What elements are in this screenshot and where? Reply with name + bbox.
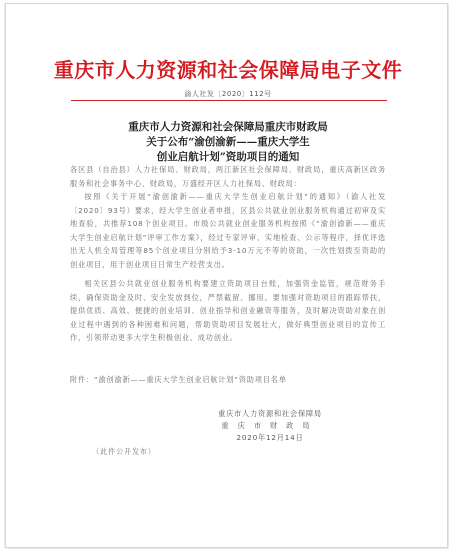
signature-org-2: 重庆市财政局 — [200, 420, 340, 432]
signature-block: 重庆市人力资源和社会保障局 重庆市财政局 2020年12月14日 — [200, 408, 340, 444]
attachment-line: 附件：“渝创渝新——重庆大学生创业启航计划”资助项目名单 — [70, 375, 386, 385]
signature-org-1: 重庆市人力资源和社会保障局 — [200, 408, 340, 420]
document-page-frame — [5, 3, 448, 548]
publish-note: （此件公开发布） — [92, 447, 156, 457]
document-header-title: 重庆市人力资源和社会保障局电子文件 — [0, 58, 456, 82]
document-number: 渝人社发〔2020〕112号 — [0, 89, 456, 99]
body-paragraph-2: 相关区县公共就业创业服务机构要建立资助项目台账，加强资金监管，规范财务手续，确保… — [70, 277, 386, 345]
notice-title-line-2: 关于公布“渝创渝新——重庆大学生 — [0, 135, 456, 150]
notice-title-line-1: 重庆市人力资源和社会保障局重庆市财政局 — [0, 120, 456, 135]
notice-title: 重庆市人力资源和社会保障局重庆市财政局 关于公布“渝创渝新——重庆大学生 创业启… — [0, 120, 456, 165]
addressee-paragraph: 各区县（自治县）人力社保局、财政局，两江新区社会保障局、财政局，重庆高新区政务服… — [70, 163, 386, 190]
body-paragraph-1: 按照《关于开展“渝创渝新——重庆大学生创业启航计划”的通知》（渝人社发〔2020… — [70, 190, 386, 271]
header-divider — [71, 100, 387, 101]
signature-date: 2020年12月14日 — [200, 432, 340, 444]
